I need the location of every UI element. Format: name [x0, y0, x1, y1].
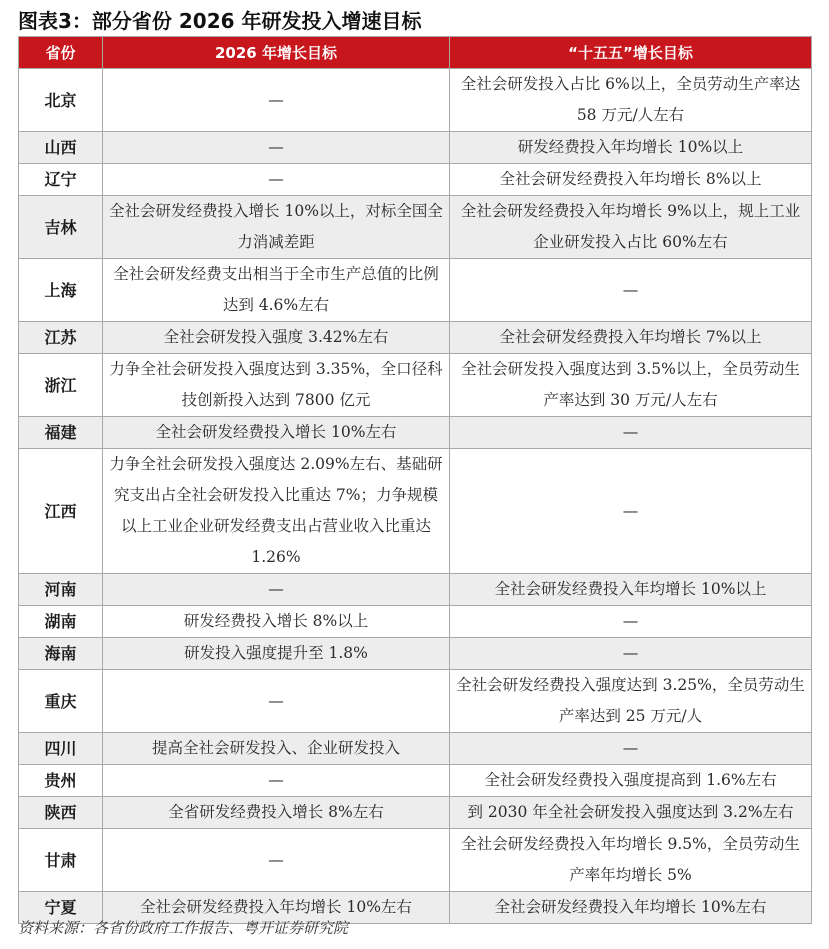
target-2026-cell: 全社会研发经费投入增长 10%左右: [103, 417, 450, 449]
header-province: 省份: [19, 37, 103, 69]
table-row: 浙江力争全社会研发投入强度达到 3.35%，全口径科技创新投入达到 7800 亿…: [19, 354, 812, 417]
target-2026-cell: —: [103, 164, 450, 196]
target-15th-cell: 到 2030 年全社会研发投入强度达到 3.2%左右: [450, 797, 812, 829]
target-15th-cell: 全社会研发经费投入年均增长 10%左右: [450, 892, 812, 924]
province-cell: 陕西: [19, 797, 103, 829]
table-row: 山西—研发经费投入年均增长 10%以上: [19, 132, 812, 164]
target-15th-cell: 全社会研发经费投入年均增长 9.5%，全员劳动生产率年均增长 5%: [450, 829, 812, 892]
table-row: 海南研发投入强度提升至 1.8%—: [19, 638, 812, 670]
target-15th-cell: 全社会研发投入占比 6%以上，全员劳动生产率达 58 万元/人左右: [450, 69, 812, 132]
target-15th-cell: 全社会研发经费投入年均增长 9%以上，规上工业企业研发投入占比 60%左右: [450, 196, 812, 259]
table-row: 重庆—全社会研发经费投入强度达到 3.25%，全员劳动生产率达到 25 万元/人: [19, 670, 812, 733]
target-2026-cell: —: [103, 670, 450, 733]
target-15th-cell: —: [450, 259, 812, 322]
table-header-row: 省份 2026 年增长目标 “十五五”增长目标: [19, 37, 812, 69]
province-cell: 北京: [19, 69, 103, 132]
target-2026-cell: —: [103, 69, 450, 132]
target-15th-cell: 全社会研发投入强度达到 3.5%以上，全员劳动生产率达到 30 万元/人左右: [450, 354, 812, 417]
target-15th-cell: —: [450, 638, 812, 670]
table-row: 四川提高全社会研发投入、企业研发投入—: [19, 733, 812, 765]
target-2026-cell: —: [103, 574, 450, 606]
table-row: 江西力争全社会研发投入强度达 2.09%左右、基础研究支出占全社会研发投入比重达…: [19, 449, 812, 574]
table-row: 湖南研发经费投入增长 8%以上—: [19, 606, 812, 638]
province-cell: 海南: [19, 638, 103, 670]
province-cell: 江西: [19, 449, 103, 574]
province-cell: 河南: [19, 574, 103, 606]
table-row: 吉林全社会研发经费投入增长 10%以上，对标全国全力消减差距全社会研发经费投入年…: [19, 196, 812, 259]
target-15th-cell: —: [450, 417, 812, 449]
target-2026-cell: 研发投入强度提升至 1.8%: [103, 638, 450, 670]
header-target-15th-plan: “十五五”增长目标: [450, 37, 812, 69]
target-15th-cell: —: [450, 606, 812, 638]
table-row: 河南—全社会研发经费投入年均增长 10%以上: [19, 574, 812, 606]
table-row: 北京—全社会研发投入占比 6%以上，全员劳动生产率达 58 万元/人左右: [19, 69, 812, 132]
province-cell: 吉林: [19, 196, 103, 259]
header-target-2026: 2026 年增长目标: [103, 37, 450, 69]
province-cell: 贵州: [19, 765, 103, 797]
province-cell: 江苏: [19, 322, 103, 354]
table-row: 江苏全社会研发投入强度 3.42%左右全社会研发经费投入年均增长 7%以上: [19, 322, 812, 354]
target-2026-cell: 力争全社会研发投入强度达 2.09%左右、基础研究支出占全社会研发投入比重达 7…: [103, 449, 450, 574]
target-2026-cell: 研发经费投入增长 8%以上: [103, 606, 450, 638]
target-15th-cell: 全社会研发经费投入年均增长 8%以上: [450, 164, 812, 196]
province-cell: 重庆: [19, 670, 103, 733]
target-2026-cell: 全社会研发经费支出相当于全市生产总值的比例达到 4.6%左右: [103, 259, 450, 322]
province-cell: 四川: [19, 733, 103, 765]
target-15th-cell: 研发经费投入年均增长 10%以上: [450, 132, 812, 164]
table-body: 北京—全社会研发投入占比 6%以上，全员劳动生产率达 58 万元/人左右 山西—…: [19, 69, 812, 924]
target-2026-cell: 力争全社会研发投入强度达到 3.35%，全口径科技创新投入达到 7800 亿元: [103, 354, 450, 417]
target-15th-cell: 全社会研发经费投入年均增长 7%以上: [450, 322, 812, 354]
province-cell: 山西: [19, 132, 103, 164]
rd-targets-table: 省份 2026 年增长目标 “十五五”增长目标 北京—全社会研发投入占比 6%以…: [18, 36, 812, 924]
target-15th-cell: 全社会研发经费投入强度达到 3.25%，全员劳动生产率达到 25 万元/人: [450, 670, 812, 733]
province-cell: 辽宁: [19, 164, 103, 196]
target-2026-cell: —: [103, 132, 450, 164]
table-row: 辽宁—全社会研发经费投入年均增长 8%以上: [19, 164, 812, 196]
target-2026-cell: —: [103, 829, 450, 892]
target-2026-cell: 全省研发经费投入增长 8%左右: [103, 797, 450, 829]
target-2026-cell: —: [103, 765, 450, 797]
target-15th-cell: 全社会研发经费投入年均增长 10%以上: [450, 574, 812, 606]
target-15th-cell: 全社会研发经费投入强度提高到 1.6%左右: [450, 765, 812, 797]
table-row: 陕西全省研发经费投入增长 8%左右到 2030 年全社会研发投入强度达到 3.2…: [19, 797, 812, 829]
province-cell: 浙江: [19, 354, 103, 417]
province-cell: 福建: [19, 417, 103, 449]
table-row: 上海全社会研发经费支出相当于全市生产总值的比例达到 4.6%左右—: [19, 259, 812, 322]
province-cell: 甘肃: [19, 829, 103, 892]
target-2026-cell: 全社会研发投入强度 3.42%左右: [103, 322, 450, 354]
table-row: 贵州—全社会研发经费投入强度提高到 1.6%左右: [19, 765, 812, 797]
province-cell: 上海: [19, 259, 103, 322]
province-cell: 湖南: [19, 606, 103, 638]
target-2026-cell: 全社会研发经费投入增长 10%以上，对标全国全力消减差距: [103, 196, 450, 259]
target-15th-cell: —: [450, 449, 812, 574]
table-row: 甘肃—全社会研发经费投入年均增长 9.5%，全员劳动生产率年均增长 5%: [19, 829, 812, 892]
table-row: 福建全社会研发经费投入增长 10%左右—: [19, 417, 812, 449]
target-15th-cell: —: [450, 733, 812, 765]
source-note: 资料来源：各省份政府工作报告、粤开证券研究院: [18, 916, 348, 940]
figure-title: 图表3：部分省份 2026 年研发投入增速目标: [18, 8, 422, 34]
target-2026-cell: 提高全社会研发投入、企业研发投入: [103, 733, 450, 765]
